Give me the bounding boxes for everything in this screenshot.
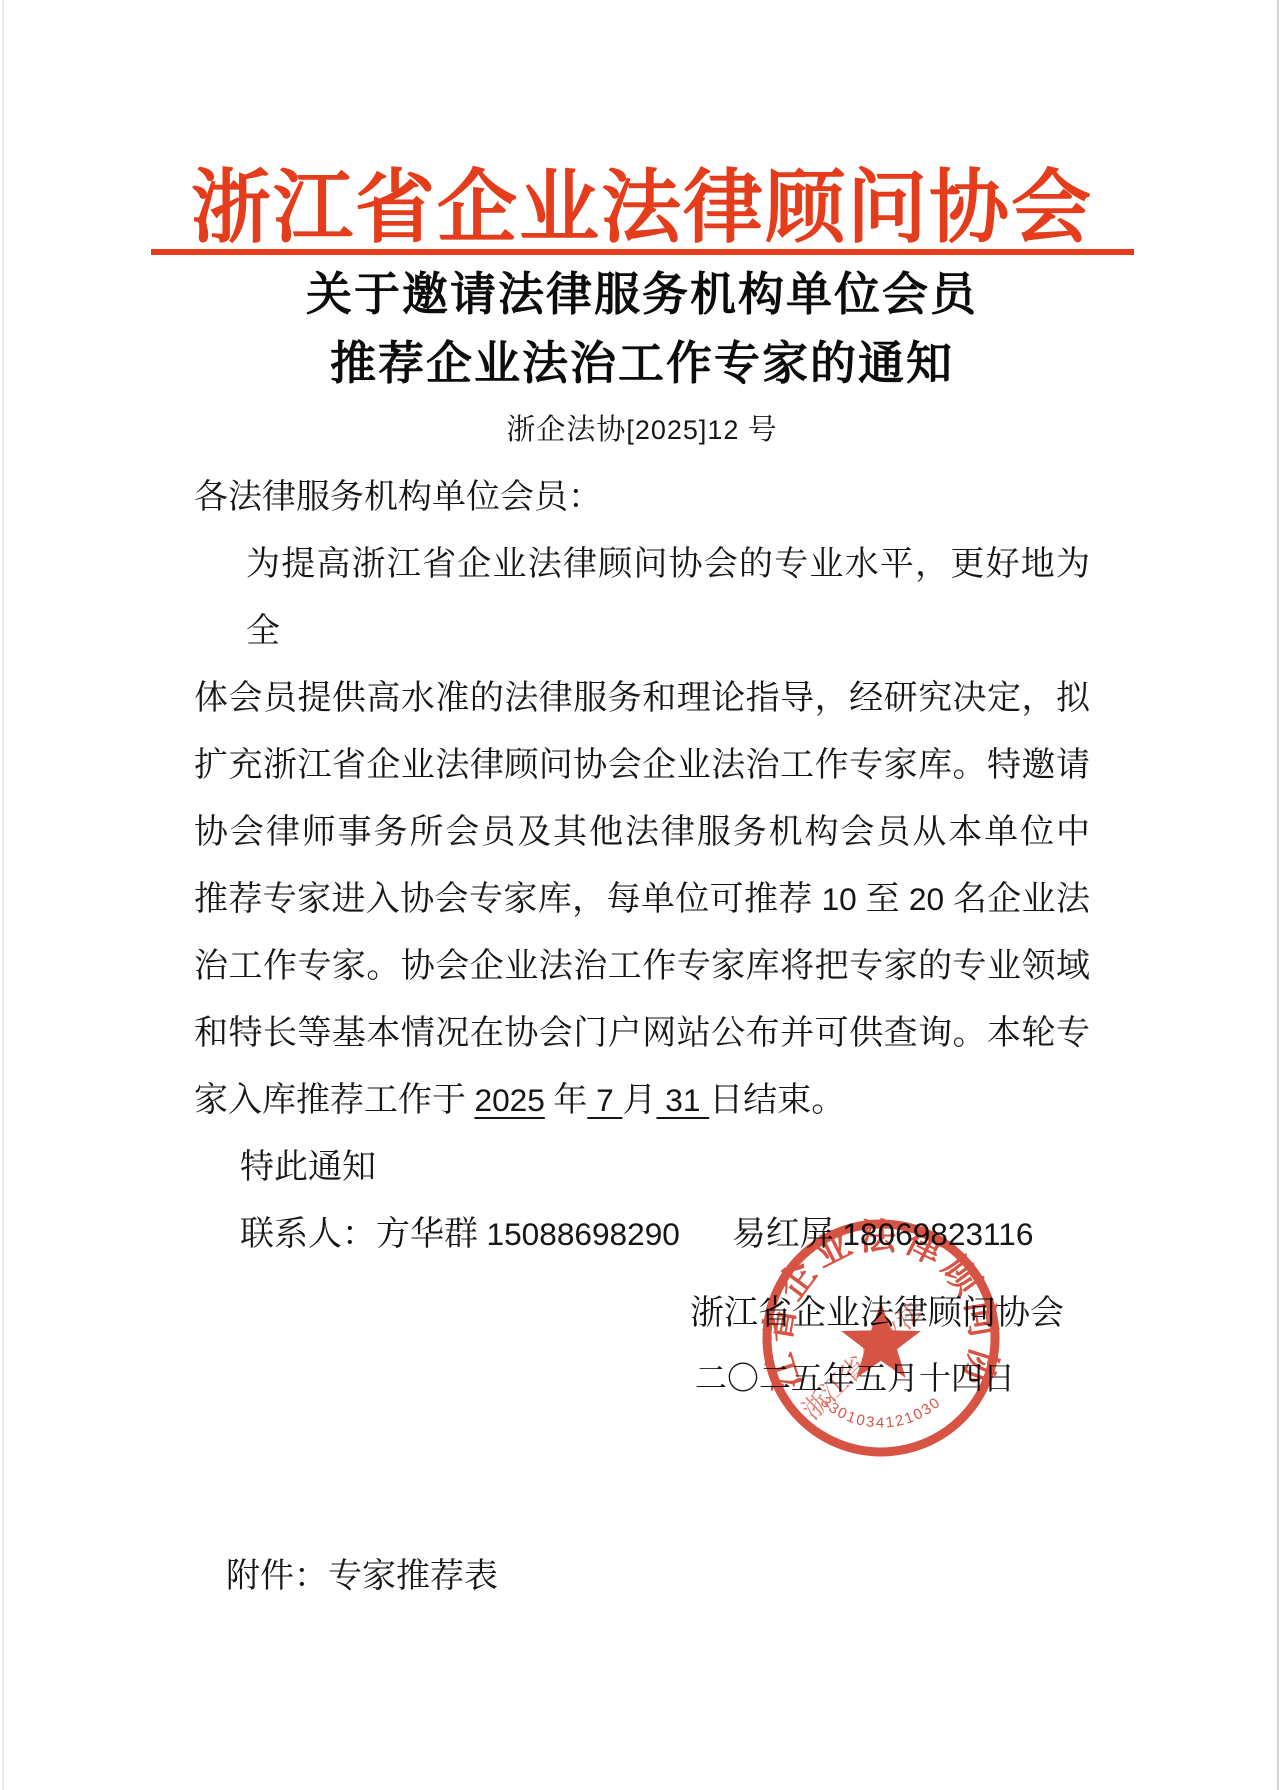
contact-phone-1: 15088698290 <box>487 1216 680 1252</box>
document-body: 浙企法协[2025]12 号 各法律服务机构单位会员： 为提高浙江省企业法律顾问… <box>194 397 1090 1268</box>
body-line-3: 扩充浙江省企业法律顾问协会企业法治工作专家库。特邀请 <box>194 732 1090 799</box>
body-line-8: 家入库推荐工作于 2025 年 7 月 31 日结束。 <box>194 1067 1090 1134</box>
contact-name-1: 联系人：方华群 <box>240 1216 487 1253</box>
notice-document-page: 浙江省企业法律顾问协会 关于邀请法律服务机构单位会员 推荐企业法治工作专家的通知… <box>0 0 1284 1790</box>
letterhead-title: 浙江省企业法律顾问协会 <box>0 143 1284 258</box>
body-line-1: 为提高浙江省企业法律顾问协会的专业水平，更好地为全 <box>194 531 1090 665</box>
doc-number: 浙企法协[2025]12 号 <box>194 397 1090 464</box>
attachment-line: 附件：专家推荐表 <box>226 1543 498 1610</box>
seal-ghost-text: 浙江省企业法 <box>797 1295 930 1425</box>
body-line-7: 和特长等基本情况在协会门户网站公布并可供查询。本轮专 <box>194 1000 1090 1067</box>
notice-title-line2: 推荐企业法治工作专家的通知 <box>0 329 1284 398</box>
body-line-2: 体会员提供高水准的法律服务和理论指导，经研究决定，拟 <box>194 665 1090 732</box>
letterhead-divider-rule <box>151 249 1134 255</box>
notice-title-line1: 关于邀请法律服务机构单位会员 <box>0 260 1284 329</box>
deadline-year: 2025 <box>475 1082 545 1118</box>
body-line-4: 协会律师事务所会员及其他法律服务机构会员从本单位中 <box>194 799 1090 866</box>
body-line-6: 治工作专家。协会企业法治工作专家库将把专家的专业领域 <box>194 933 1090 1000</box>
body-line-5: 推荐专家进入协会专家库，每单位可推荐 10 至 20 名企业法 <box>194 866 1090 933</box>
salutation: 各法律服务机构单位会员： <box>194 464 1090 531</box>
notice-title: 关于邀请法律服务机构单位会员 推荐企业法治工作专家的通知 <box>0 260 1284 398</box>
closing-line: 特此通知 <box>194 1134 1090 1201</box>
deadline-month: 7 <box>587 1082 622 1118</box>
deadline-day: 31 <box>656 1082 709 1118</box>
seal-ring-text: 浙江省企业法律顾问协会 <box>753 1210 1005 1395</box>
official-seal-stamp: 浙江省企业法律顾问协会 浙江省企业法 3301034121030 <box>753 1210 1009 1466</box>
